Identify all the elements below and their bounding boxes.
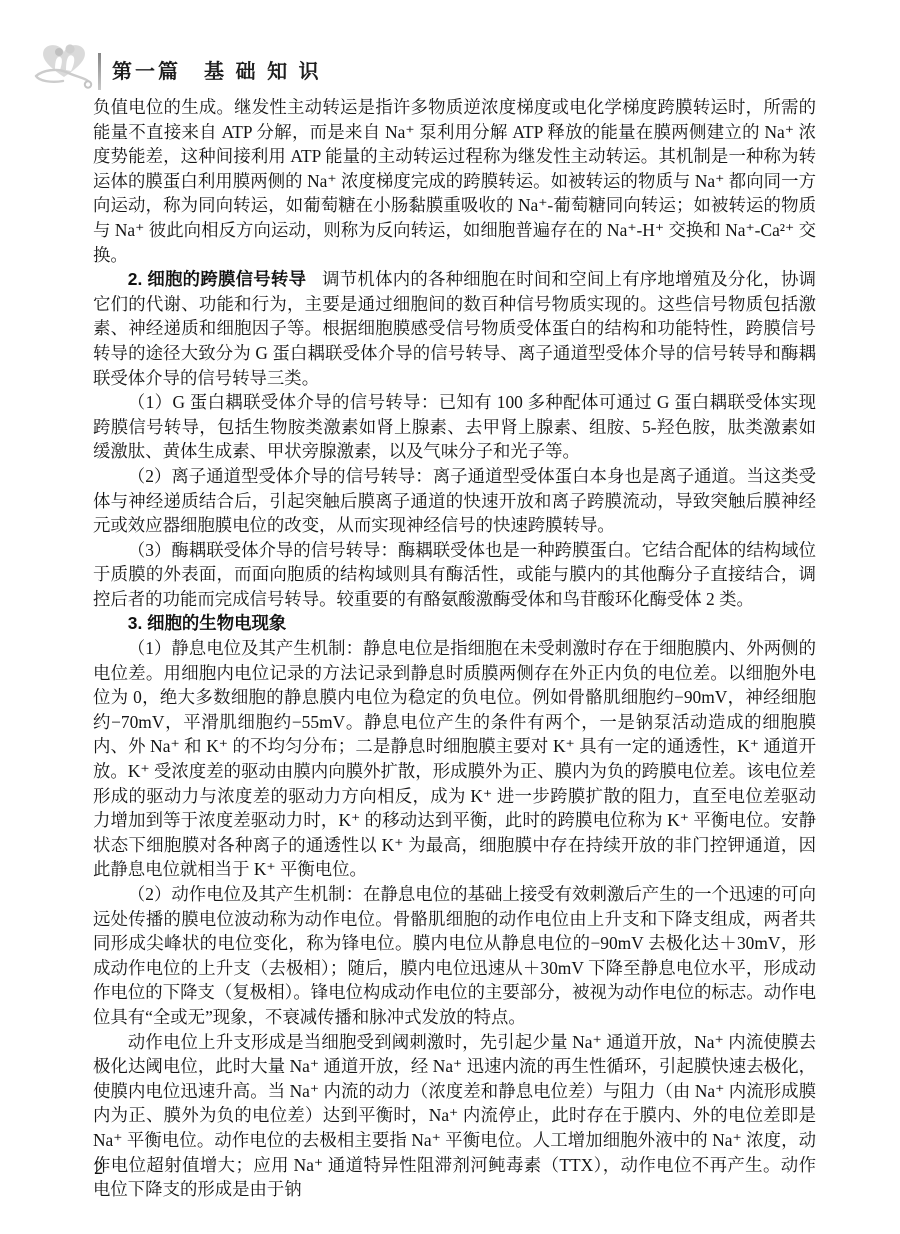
paragraph-transmembrane-signal-transduction: 2. 细胞的跨膜信号转导调节机体内的各种细胞在时间和空间上有序地增殖及分化，协调… [93, 267, 816, 390]
paragraph-resting-potential: （1）静息电位及其产生机制：静息电位是指细胞在未受刺激时存在于细胞膜内、外两侧的… [93, 636, 816, 882]
part-title: 第一篇 基 础 知 识 [112, 55, 322, 84]
paragraph-g-protein-coupled-receptor: （1）G 蛋白耦联受体介导的信号转导：已知有 100 多种配体可通过 G 蛋白耦… [93, 390, 816, 464]
section-heading-bioelectric-phenomena: 3. 细胞的生物电现象 [93, 611, 816, 636]
paragraph-text: 动作电位上升支形成是当细胞受到阈刺激时，先引起少量 Na⁺ 通道开放，Na⁺ 内… [93, 1032, 816, 1200]
paragraph-text: （1）静息电位及其产生机制：静息电位是指细胞在未受刺激时存在于细胞膜内、外两侧的… [93, 638, 816, 879]
paragraph-enzyme-coupled-receptor: （3）酶耦联受体介导的信号转导：酶耦联受体也是一种跨膜蛋白。它结合配体的结构域位… [93, 538, 816, 612]
paragraph-action-potential-rising-phase: 动作电位上升支形成是当细胞受到阈刺激时，先引起少量 Na⁺ 通道开放，Na⁺ 内… [93, 1030, 816, 1202]
section-heading-3: 3. 细胞的生物电现象 [128, 613, 286, 633]
paragraph-secondary-active-transport: 负值电位的生成。继发性主动转运是指许多物质逆浓度梯度或电化学梯度跨膜转运时，所需… [93, 95, 816, 267]
page-number: 2 [94, 1158, 104, 1180]
page-header: 第一篇 基 础 知 识 [0, 38, 900, 92]
paragraph-text: （3）酶耦联受体介导的信号转导：酶耦联受体也是一种跨膜蛋白。它结合配体的结构域位… [93, 540, 816, 609]
paragraph-text: （2）离子通道型受体介导的信号转导：离子通道型受体蛋白本身也是离子通道。当这类受… [93, 466, 816, 535]
header-divider [98, 53, 101, 90]
paragraph-action-potential: （2）动作电位及其产生机制：在静息电位的基础上接受有效刺激后产生的一个迅速的可向… [93, 882, 816, 1030]
paragraph-ion-channel-receptor: （2）离子通道型受体介导的信号转导：离子通道型受体蛋白本身也是离子通道。当这类受… [93, 464, 816, 538]
paragraph-text: （2）动作电位及其产生机制：在静息电位的基础上接受有效刺激后产生的一个迅速的可向… [93, 884, 816, 1027]
paragraph-text: （1）G 蛋白耦联受体介导的信号转导：已知有 100 多种配体可通过 G 蛋白耦… [93, 392, 816, 461]
page-body: 负值电位的生成。继发性主动转运是指许多物质逆浓度梯度或电化学梯度跨膜转运时，所需… [93, 95, 816, 1202]
paragraph-text: 负值电位的生成。继发性主动转运是指许多物质逆浓度梯度或电化学梯度跨膜转运时，所需… [93, 97, 816, 265]
publisher-heart-stethoscope-logo-icon [33, 40, 95, 90]
section-heading-2: 2. 细胞的跨膜信号转导 [128, 269, 306, 289]
